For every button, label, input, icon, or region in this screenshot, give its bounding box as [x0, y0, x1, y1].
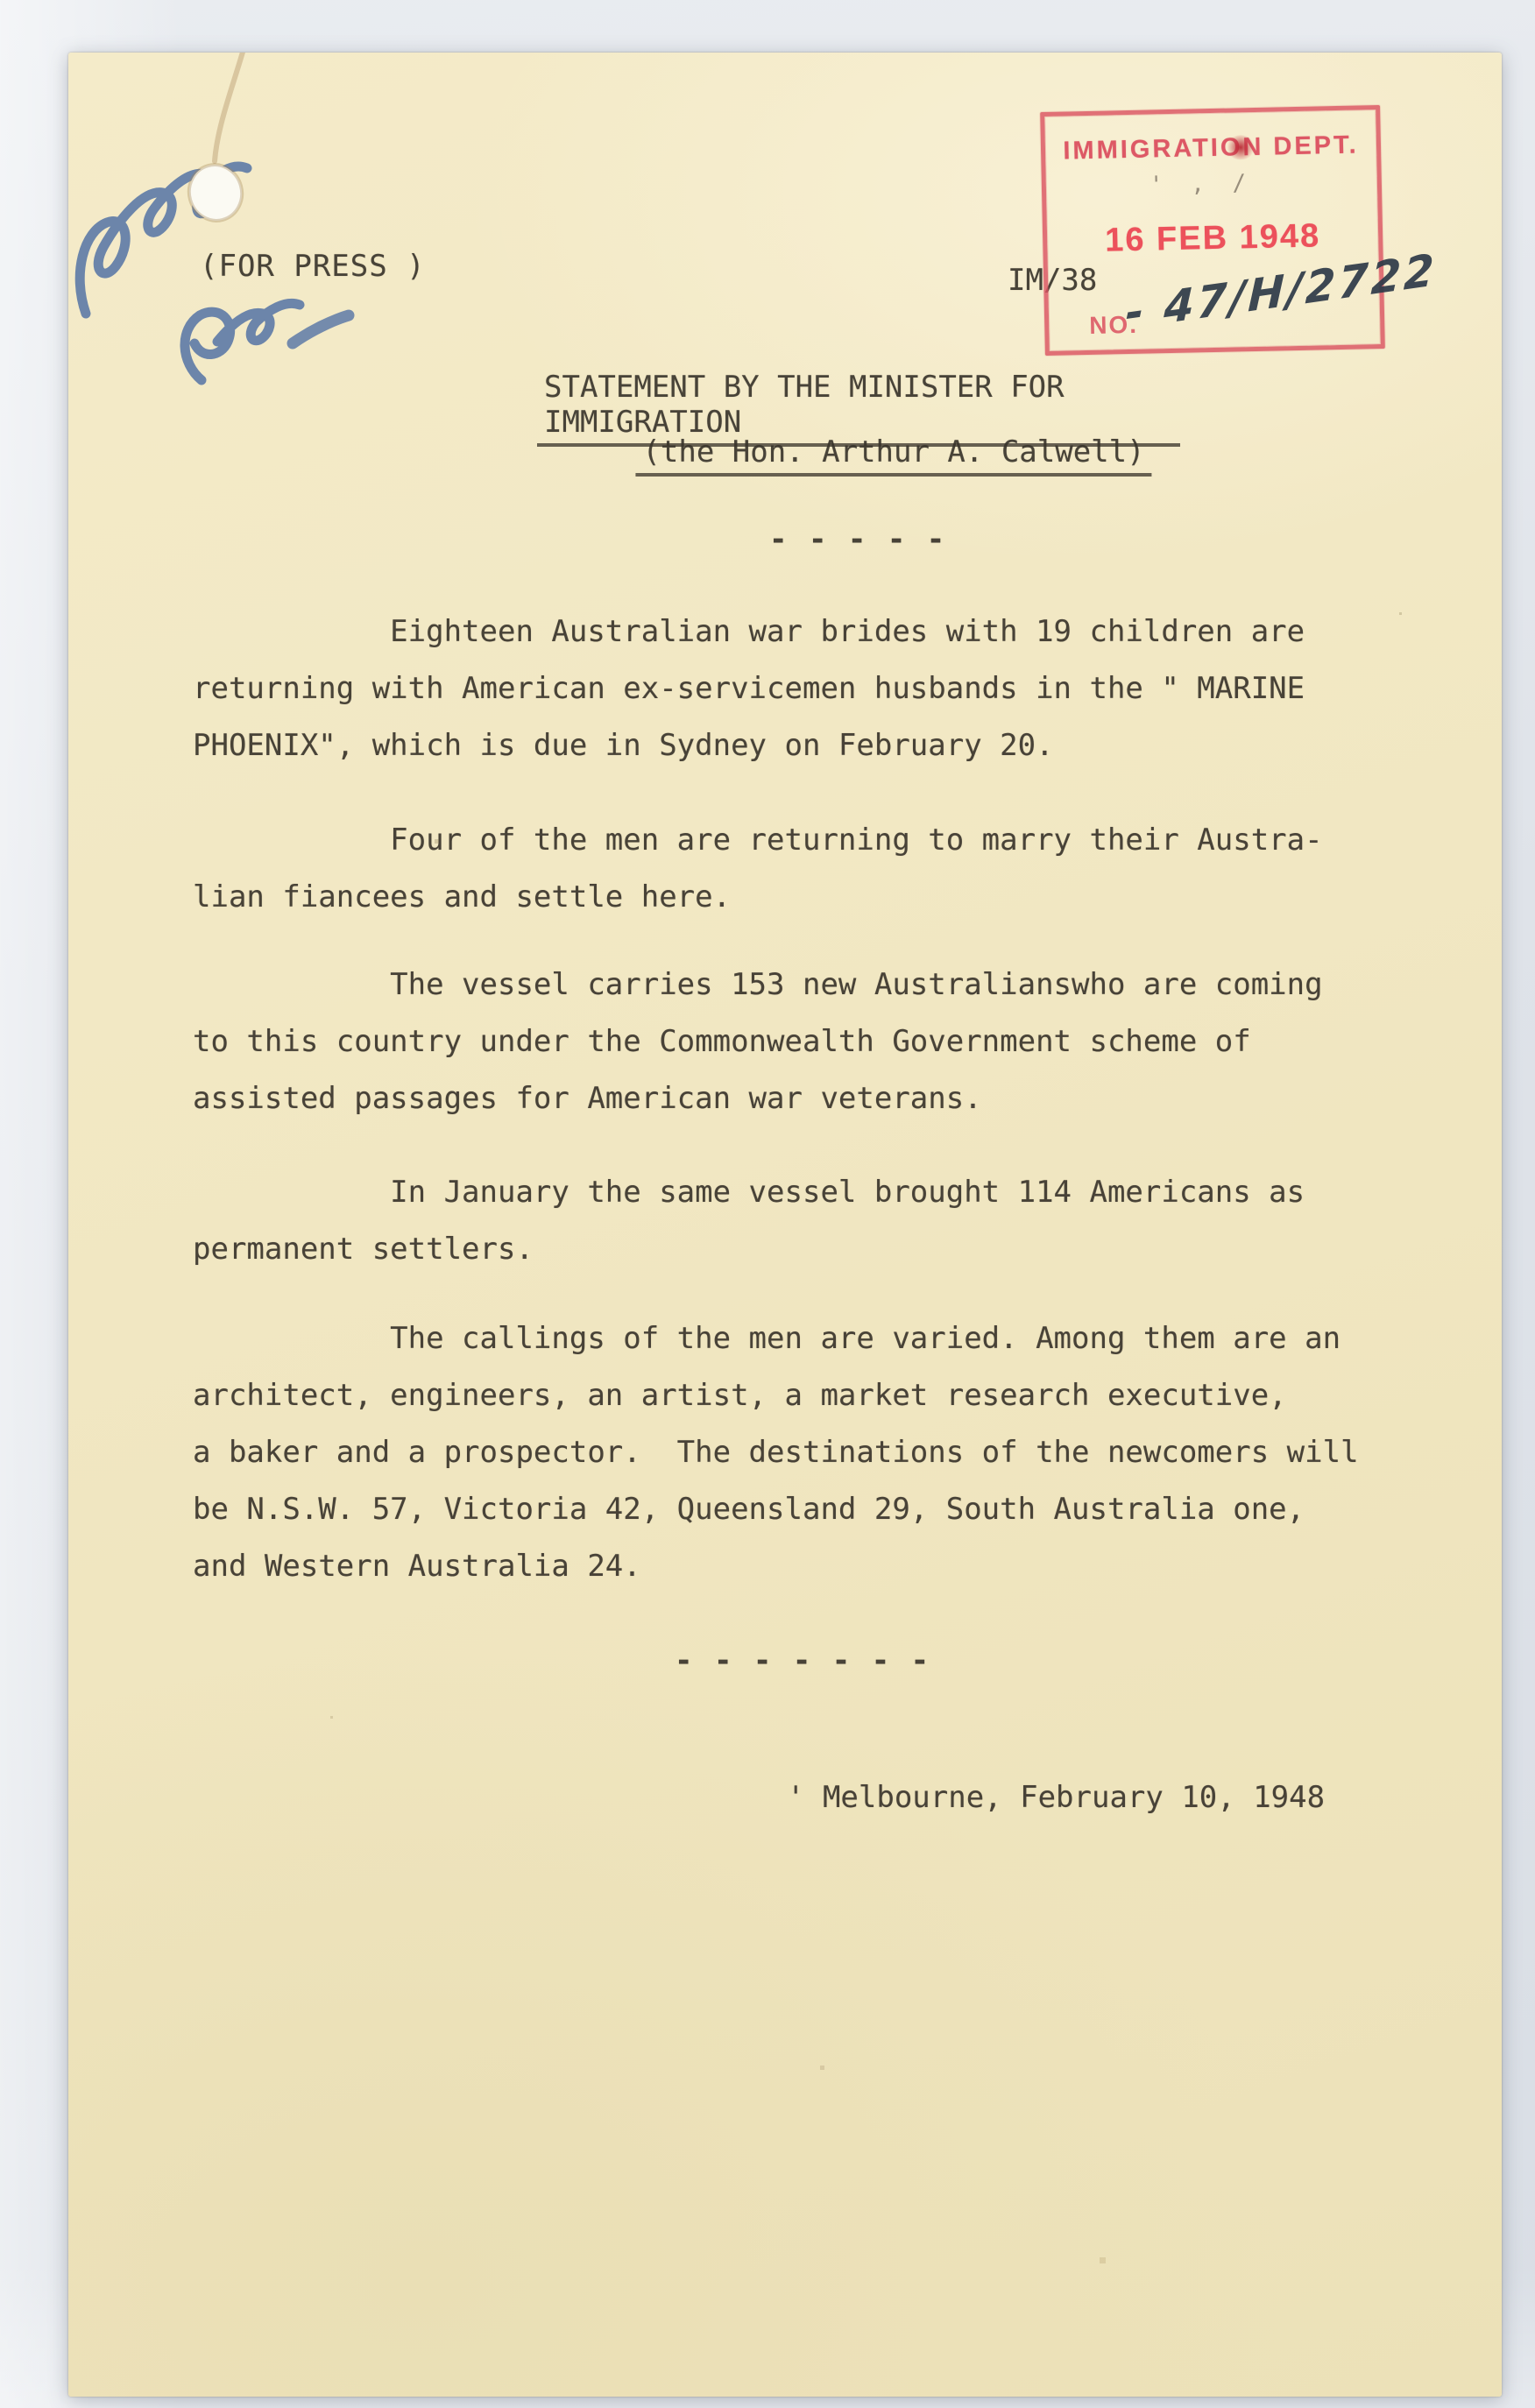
- paragraph-1: Eighteen Australian war brides with 19 c…: [193, 604, 1305, 774]
- stamp-date: 16 FEB 1948: [1047, 216, 1379, 261]
- paper-specks: [68, 53, 69, 53]
- paragraph-2: Four of the men are returning to marry t…: [193, 812, 1323, 926]
- paragraph-3: The vessel carries 153 new Australianswh…: [193, 957, 1323, 1127]
- document-subtitle-text: (the Hon. Arthur A. Calwell): [635, 434, 1151, 477]
- handwriting-stroke: [185, 303, 300, 380]
- separator-bottom: - - - - - - -: [675, 1643, 930, 1678]
- paper-stain: [215, 53, 244, 161]
- stamp-faint-marks: ' , /: [1149, 170, 1254, 198]
- for-press-label: (FOR PRESS ): [200, 249, 426, 284]
- handwriting-flourish: [293, 315, 349, 343]
- paragraph-4: In January the same vessel brought 114 A…: [193, 1164, 1305, 1278]
- separator-top: - - - - -: [769, 522, 946, 557]
- dateline: ' Melbourne, February 10, 1948: [787, 1780, 1325, 1815]
- document-page: (FOR PRESS ) IM/38 IMMIGRATION DEPT. ' ,…: [68, 53, 1502, 2397]
- paragraph-5: The callings of the men are varied. Amon…: [193, 1310, 1359, 1595]
- scanner-background: (FOR PRESS ) IM/38 IMMIGRATION DEPT. ' ,…: [0, 0, 1535, 2408]
- stamp-department-label: IMMIGRATION DEPT.: [1045, 131, 1377, 166]
- document-subtitle: (the Hon. Arthur A. Calwell): [635, 434, 1151, 477]
